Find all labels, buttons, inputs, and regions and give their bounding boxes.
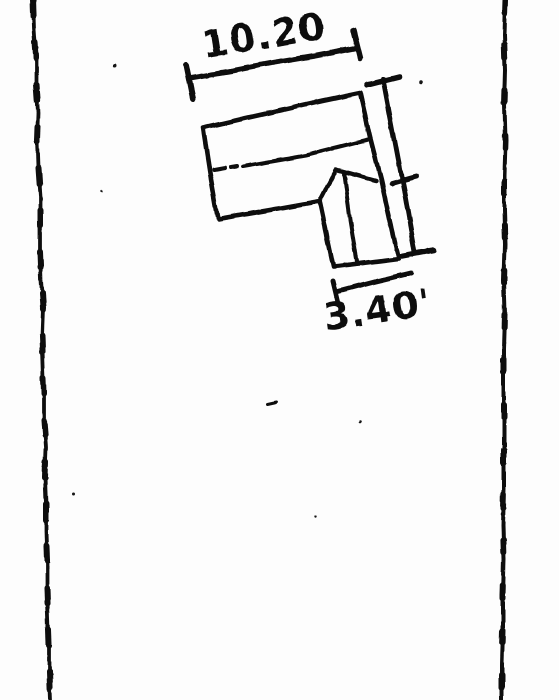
right-boundary-line	[502, 0, 505, 700]
right-dimension-bottom-tick	[402, 250, 434, 256]
wing-interior-line	[344, 175, 357, 262]
top-dimension-right-tick	[353, 30, 360, 58]
scanned-sketch-page: 10.20 3.40'	[0, 0, 559, 700]
sketch-canvas: 10.20 3.40'	[0, 0, 559, 700]
interior-division-line	[214, 139, 370, 170]
speck-dash	[267, 402, 276, 404]
right-dimension-top-tick	[367, 77, 399, 85]
left-boundary-line	[33, 0, 50, 700]
right-dimension-middle-tick	[391, 176, 416, 183]
top-dimension-left-tick	[186, 65, 193, 99]
